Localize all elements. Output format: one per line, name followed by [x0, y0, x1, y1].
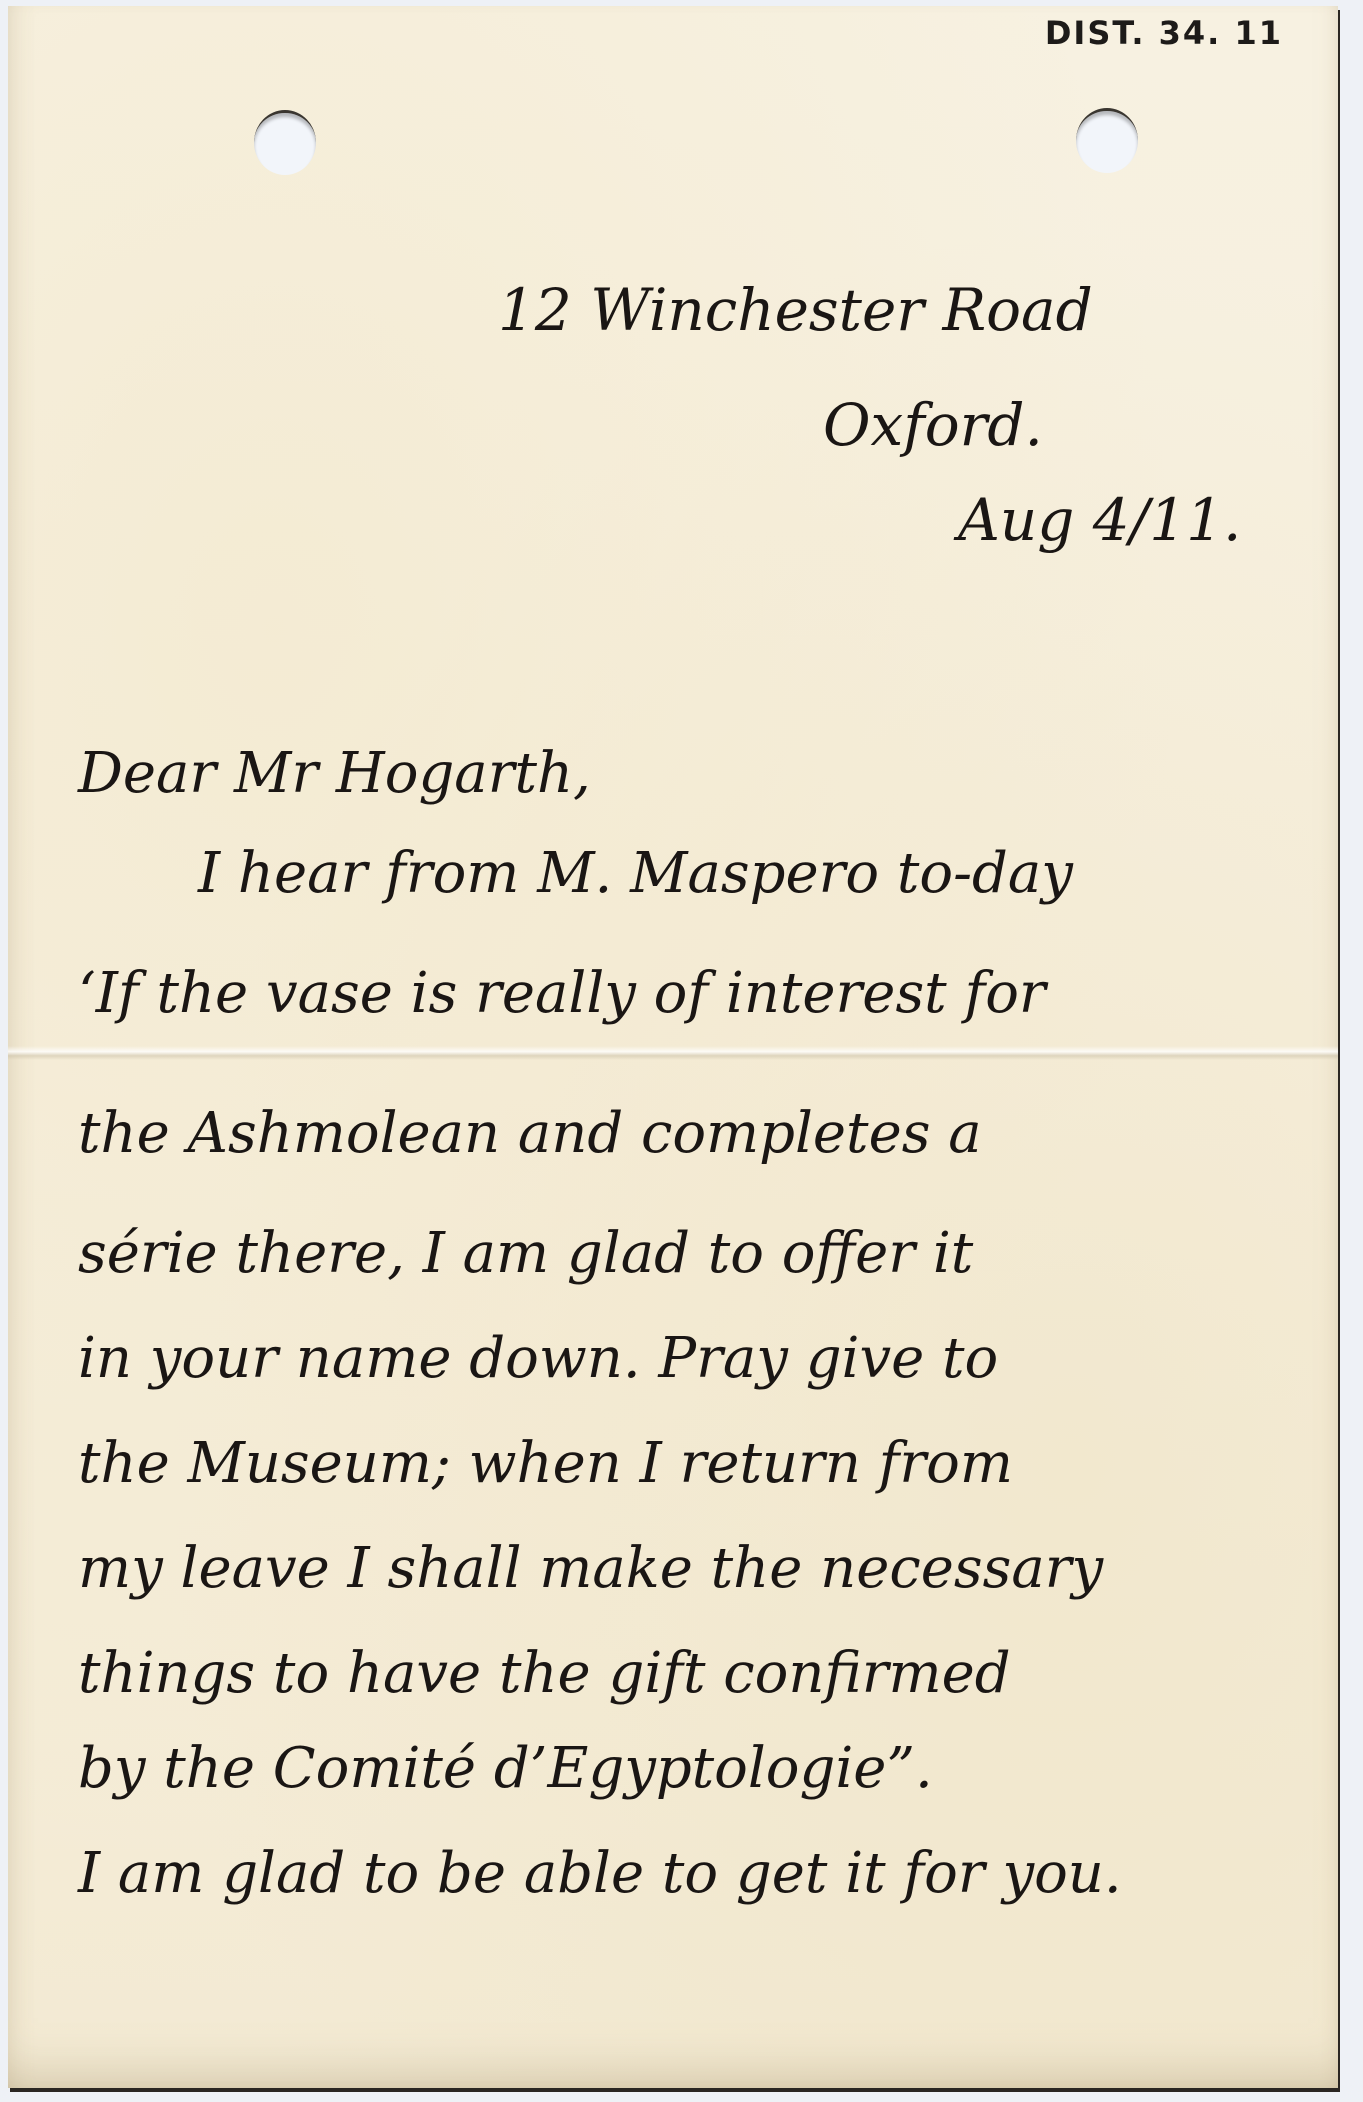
body-line-10: I am glad to be able to get it for you. — [78, 1841, 1122, 1906]
salutation: Dear Mr Hogarth, — [78, 741, 591, 806]
sender-address: 12 Winchester Road — [498, 276, 1093, 344]
catalog-number: DIST. 34. 11 — [1045, 14, 1283, 52]
body-line-9: by the Comité d’Egyptologie”. — [78, 1736, 933, 1801]
punch-hole-left — [254, 110, 316, 175]
body-line-5: in your name down. Pray give to — [78, 1326, 998, 1391]
letter-date: Aug 4/11. — [958, 486, 1242, 554]
letter-page: DIST. 34. 11 12 Winchester Road Oxford. … — [8, 6, 1338, 2088]
sender-city: Oxford. — [823, 391, 1043, 459]
body-line-7: my leave I shall make the necessary — [78, 1536, 1103, 1601]
body-line-8: things to have the gift confirmed — [78, 1641, 1011, 1706]
body-line-3: the Ashmolean and completes a — [78, 1101, 982, 1166]
body-line-1: I hear from M. Maspero to-day — [198, 841, 1073, 906]
punch-hole-right — [1076, 108, 1138, 173]
paper-fold-crease — [8, 1046, 1338, 1060]
body-line-4: série there, I am glad to offer it — [78, 1221, 973, 1286]
body-line-6: the Museum; when I return from — [78, 1431, 1013, 1496]
body-line-2: ‘If the vase is really of interest for — [78, 961, 1046, 1026]
